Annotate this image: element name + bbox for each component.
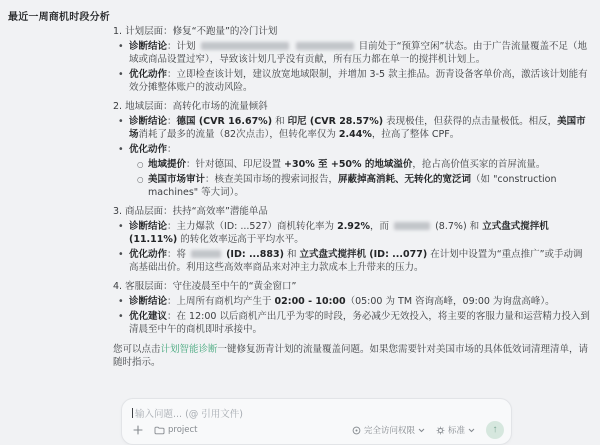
text-run: 您可以点击 xyxy=(113,344,161,355)
bullet-icon: • xyxy=(118,115,129,141)
plus-icon xyxy=(133,425,143,435)
redacted-text xyxy=(201,42,289,50)
text-run: 2.92% xyxy=(337,221,370,232)
text-run: ：立即检查该计划，建议放宽地域限制，并增加 3-5 款主推品。沥青设备客单价高，… xyxy=(129,69,588,93)
list-item-text: 优化动作：立即检查该计划，建议放宽地域限制，并增加 3-5 款主推品。沥青设备客… xyxy=(129,68,591,94)
list-item-text: 地域提价：针对德国、印尼设置 +30% 至 +50% 的地域溢价，抢占高价值买家… xyxy=(148,158,591,171)
composer-toolbar: project 完全访问权限 标准 xyxy=(133,421,504,439)
text-run: ：核查美国市场的搜索词报告， xyxy=(205,174,338,185)
list-item: •优化建议：在 12:00 以后商机产出几乎为零的时段，务必减少无效投入，将主要… xyxy=(113,310,591,336)
project-selector[interactable]: project xyxy=(154,425,198,435)
redacted-text xyxy=(191,250,221,258)
list-item: •诊断结论：主力爆款（ID: ...527）商机转化率为 2.92%，而 (8.… xyxy=(113,220,591,246)
bullet-icon: ○ xyxy=(137,158,148,171)
bullet-icon: • xyxy=(118,40,129,66)
chevron-down-icon xyxy=(468,428,475,433)
text-run: ，拉高了整体 CPF。 xyxy=(372,129,459,140)
access-scope-icon xyxy=(352,426,361,435)
text-run: ：针对德国、印尼设置 xyxy=(186,159,284,170)
list-item-text: 优化建议：在 12:00 以后商机产出几乎为零的时段，务必减少无效投入，将主要的… xyxy=(129,310,591,336)
permission-label: 完全访问权限 xyxy=(364,424,415,436)
closing-note: 您可以点击计划智能诊断一键修复沥青计划的流量覆盖问题。如果您需要针对美国市场的具… xyxy=(113,343,591,369)
text-run: 优化动作 xyxy=(129,144,167,155)
text-run: 优化动作 xyxy=(129,249,167,260)
arrow-up-icon: ↑ xyxy=(493,425,498,435)
report-section: 3. 商品层面：扶持“高效率”潜能单品•诊断结论：主力爆款（ID: ...527… xyxy=(113,205,591,274)
text-run: 02:00 - 10:00 xyxy=(275,296,346,307)
text-run: 消耗了最多的流量（82次点击），但转化率仅为 xyxy=(139,129,339,140)
text-run: 优化建议 xyxy=(129,311,167,322)
plan-smart-diagnosis-link[interactable]: 计划智能诊断 xyxy=(161,344,218,355)
bullet-icon: • xyxy=(118,248,129,274)
text-run: 2.44% xyxy=(339,129,372,140)
permission-dropdown[interactable]: 完全访问权限 xyxy=(352,424,425,436)
text-run: ：在 12:00 以后商机产出几乎为零的时段，务必减少无效投入，将主要的客服力量… xyxy=(129,311,590,335)
text-run: 地域提价 xyxy=(148,159,186,170)
page-title: 最近一周商机时段分析 xyxy=(8,8,110,23)
list-item: •诊断结论：上周所有商机均产生于 02:00 - 10:00（05:00 为 T… xyxy=(113,295,591,308)
text-run xyxy=(291,41,294,52)
text-run: 优化动作 xyxy=(129,69,167,80)
text-run: ：将 xyxy=(167,249,189,260)
bullet-icon: ○ xyxy=(137,173,148,199)
mode-label: 标准 xyxy=(448,424,465,436)
text-run: 印尼 (CVR 28.57%) xyxy=(288,116,384,127)
bullet-icon: • xyxy=(118,295,129,308)
message-composer: 输入问题... (@ 引用文件) project xyxy=(121,398,512,445)
list-item-text: 诊断结论：主力爆款（ID: ...527）商机转化率为 2.92%，而 (8.7… xyxy=(129,220,591,246)
text-run: 表现极佳，但获得的点击量极低。相反， xyxy=(383,116,557,127)
text-run: ：计划 xyxy=(167,41,199,52)
section-heading: 1. 计划层面：修复“不跑量”的冷门计划 xyxy=(113,25,591,38)
list-item-text: 诊断结论：上周所有商机均产生于 02:00 - 10:00（05:00 为 TM… xyxy=(129,295,591,308)
text-run: 诊断结论 xyxy=(129,116,167,127)
list-item: •优化动作： xyxy=(113,143,591,156)
report-section: 4. 客服层面：守住凌晨至中午的“黄金窗口”•诊断结论：上周所有商机均产生于 0… xyxy=(113,280,591,336)
list-item: •诊断结论：德国 (CVR 16.67%) 和 印尼 (CVR 28.57%) … xyxy=(113,115,591,141)
gear-icon xyxy=(436,426,445,435)
text-run: ，抢占高价值买家的首屏流量。 xyxy=(412,159,545,170)
list-item-text: 诊断结论：计划 目前处于“预算空闲”状态。由于广告流量覆盖不足（地域或商品设置过… xyxy=(129,40,591,66)
list-item: ○美国市场审计：核查美国市场的搜索词报告，屏蔽掉高消耗、无转化的宽泛词（如 "c… xyxy=(113,173,591,199)
text-run: +30% 至 +50% 的地域溢价 xyxy=(284,159,412,170)
list-item: ○地域提价：针对德国、印尼设置 +30% 至 +50% 的地域溢价，抢占高价值买… xyxy=(113,158,591,171)
list-item: •优化动作：将 (ID: ...883) 和 立式盘式搅拌机 (ID: ...0… xyxy=(113,248,591,274)
text-cursor xyxy=(132,408,133,418)
report-section: 1. 计划层面：修复“不跑量”的冷门计划•诊断结论：计划 目前处于“预算空闲”状… xyxy=(113,25,591,94)
bullet-icon: • xyxy=(118,68,129,94)
text-run: ，而 xyxy=(370,221,392,232)
text-run: (8.7%) 和 xyxy=(432,221,482,232)
list-item-text: 美国市场审计：核查美国市场的搜索词报告，屏蔽掉高消耗、无转化的宽泛词（如 "co… xyxy=(148,173,591,199)
send-button[interactable]: ↑ xyxy=(486,421,504,439)
folder-icon xyxy=(154,426,165,435)
list-item-text: 诊断结论：德国 (CVR 16.67%) 和 印尼 (CVR 28.57%) 表… xyxy=(129,115,591,141)
text-run: (ID: ...883) xyxy=(226,249,284,260)
text-run: 诊断结论 xyxy=(129,41,167,52)
add-attachment-button[interactable] xyxy=(133,425,143,435)
text-run: 屏蔽掉高消耗、无转化的宽泛词 xyxy=(338,174,471,185)
list-item: •优化动作：立即检查该计划，建议放宽地域限制，并增加 3-5 款主推品。沥青设备… xyxy=(113,68,591,94)
text-run: ：上周所有商机均产生于 xyxy=(167,296,275,307)
section-heading: 3. 商品层面：扶持“高效率”潜能单品 xyxy=(113,205,591,218)
bullet-icon: • xyxy=(118,143,129,156)
text-run: 和 xyxy=(284,249,300,260)
text-run: ： xyxy=(167,144,177,155)
analysis-report: 1. 计划层面：修复“不跑量”的冷门计划•诊断结论：计划 目前处于“预算空闲”状… xyxy=(113,25,591,369)
list-item: •诊断结论：计划 目前处于“预算空闲”状态。由于广告流量覆盖不足（地域或商品设置… xyxy=(113,40,591,66)
text-run: （05:00 为 TM 咨询高峰，09:00 为询盘高峰）。 xyxy=(346,296,555,307)
chevron-down-icon xyxy=(418,428,425,433)
section-heading: 2. 地域层面：高转化市场的流量倾斜 xyxy=(113,100,591,113)
text-run: 美国市场审计 xyxy=(148,174,205,185)
text-run: 诊断结论 xyxy=(129,296,167,307)
redacted-text xyxy=(296,42,354,50)
report-section: 2. 地域层面：高转化市场的流量倾斜•诊断结论：德国 (CVR 16.67%) … xyxy=(113,100,591,199)
text-run: 和 xyxy=(272,116,288,127)
input-placeholder: 输入问题... (@ 引用文件) xyxy=(135,406,243,420)
text-run: ： xyxy=(167,116,177,127)
list-item-text: 优化动作： xyxy=(129,143,591,156)
redacted-text xyxy=(394,222,430,230)
bullet-icon: • xyxy=(118,310,129,336)
mode-dropdown[interactable]: 标准 xyxy=(436,424,475,436)
message-input[interactable]: 输入问题... (@ 引用文件) xyxy=(122,399,511,420)
text-run: 的转化效率远高于平均水平。 xyxy=(177,234,304,245)
bullet-icon: • xyxy=(118,220,129,246)
list-item-text: 优化动作：将 (ID: ...883) 和 立式盘式搅拌机 (ID: ...07… xyxy=(129,248,591,274)
text-run: 诊断结论 xyxy=(129,221,167,232)
text-run: 德国 (CVR 16.67%) xyxy=(177,116,273,127)
section-heading: 4. 客服层面：守住凌晨至中午的“黄金窗口” xyxy=(113,280,591,293)
project-label: project xyxy=(168,425,198,435)
text-run: ：主力爆款（ID: ...527）商机转化率为 xyxy=(167,221,337,232)
text-run: 立式盘式搅拌机 (ID: ...077) xyxy=(300,249,428,260)
